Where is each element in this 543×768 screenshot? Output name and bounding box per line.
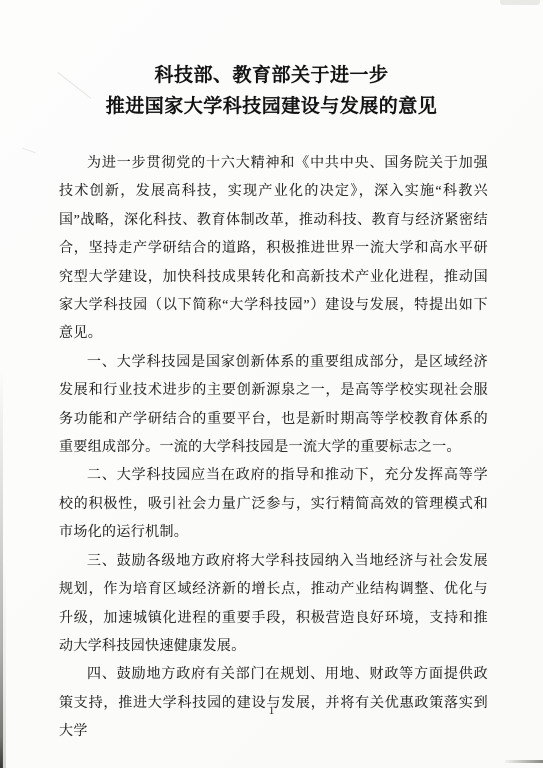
paragraph-item-2: 二、大学科技园应当在政府的指导和推动下，充分发挥高等学校的积极性，吸引社会力量广…	[59, 462, 488, 547]
paragraph-item-1: 一、大学科技园是国家创新体系的重要组成部分，是区域经济发展和行业技术进步的主要创…	[59, 349, 488, 463]
document-title-line-1: 科技部、教育部关于进一步	[0, 60, 543, 91]
scan-artifact-bottom-right-dash	[505, 760, 543, 763]
document-body: 为进一步贯彻党的十六大精神和《中共中央、国务院关于加强技术创新，发展高科技，实现…	[0, 150, 543, 747]
paragraph-item-3: 三、鼓励各级地方政府将大学科技园纳入当地经济与社会发展规划，作为培育区域经济新的…	[59, 548, 488, 662]
document-title: 科技部、教育部关于进一步 推进国家大学科技园建设与发展的意见	[0, 60, 543, 122]
page-number: 1	[0, 703, 543, 718]
scanned-document-page: 科技部、教育部关于进一步 推进国家大学科技园建设与发展的意见 为进一步贯彻党的十…	[0, 0, 543, 768]
document-title-line-2: 推进国家大学科技园建设与发展的意见	[0, 91, 543, 122]
paragraph-intro: 为进一步贯彻党的十六大精神和《中共中央、国务院关于加强技术创新，发展高科技，实现…	[59, 150, 488, 349]
scan-artifact-top-right-smudge	[500, 0, 540, 5]
